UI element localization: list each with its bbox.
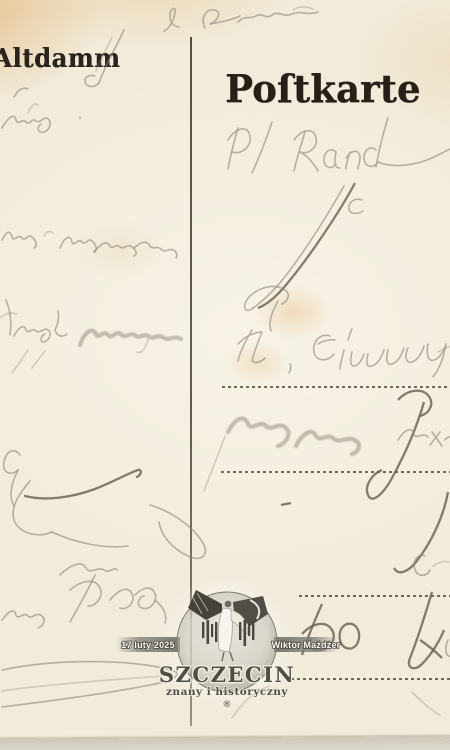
watermark: 17 luty 2025 Wiktor Mażdżer SZCZECIN zna… <box>0 0 450 750</box>
scan-background-edge <box>0 736 450 750</box>
registered-mark: ® <box>223 700 232 710</box>
watermark-date: 17 luty 2025 <box>121 640 174 650</box>
watermark-tagline: znany i historyczny <box>166 686 288 698</box>
postcard-back: Altdamm Poſtkarte <box>0 0 450 741</box>
watermark-author: Wiktor Mażdżer <box>272 640 341 650</box>
watermark-name: SZCZECIN <box>159 662 295 687</box>
